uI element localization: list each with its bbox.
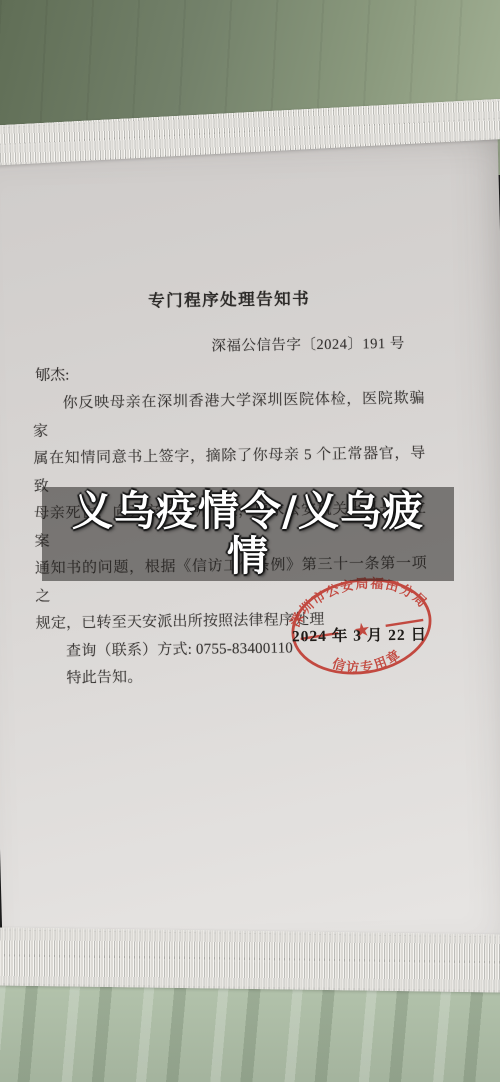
svg-text:信访专用章: 信访专用章 bbox=[328, 645, 405, 679]
watermark-overlay: 义乌疫情令/义乌疲 情 bbox=[42, 487, 454, 581]
body-line: 你反映母亲在深圳香港大学深圳医院体检，医院欺骗家 bbox=[32, 386, 425, 446]
watermark-line-1: 义乌疫情令/义乌疲 bbox=[72, 489, 424, 534]
document-number: 深福公信告字〔2024〕191 号 bbox=[211, 332, 405, 356]
salutation: 郇杰: bbox=[35, 364, 69, 385]
stamp-purpose-text: 信访专用章 bbox=[328, 645, 405, 679]
photo-of-document: 专门程序处理告知书 深福公信告字〔2024〕191 号 郇杰: 你反映母亲在深圳… bbox=[0, 0, 500, 1082]
notice-title: 专门程序处理告知书 bbox=[0, 283, 461, 313]
watermark-line-2: 情 bbox=[227, 534, 269, 579]
issue-date: 2024 年 3 月 22 日 bbox=[292, 623, 427, 647]
